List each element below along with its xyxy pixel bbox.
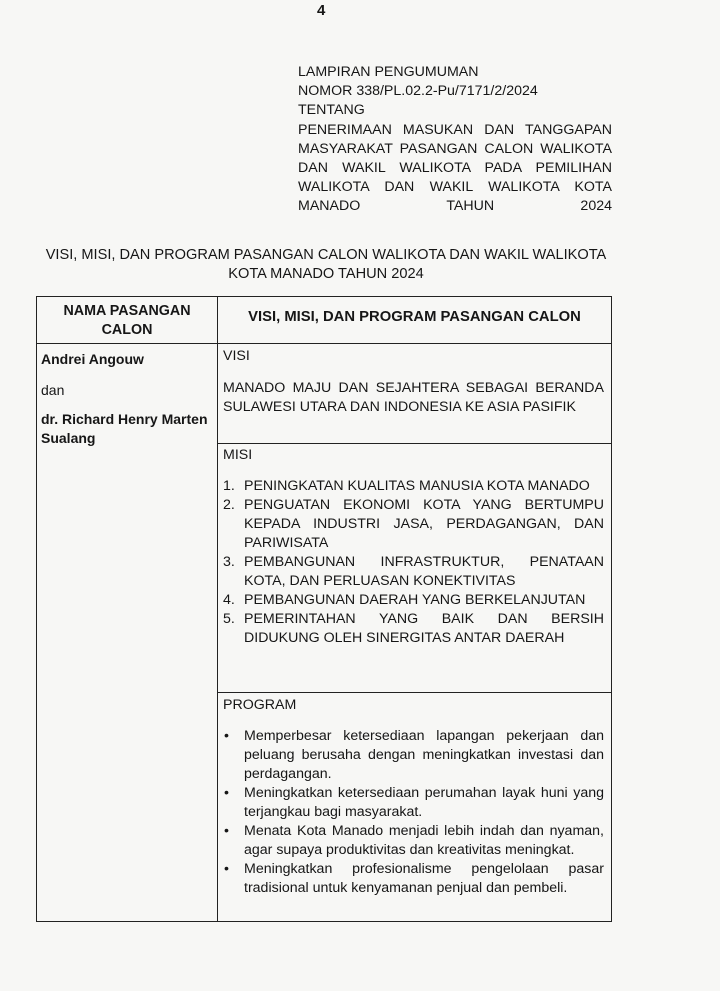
bullet-icon: •	[224, 727, 229, 746]
visi-section: VISI MANADO MAJU DAN SEJAHTERA SEBAGAI B…	[223, 347, 604, 417]
column-divider	[217, 297, 218, 921]
misi-item: 2.PENGUATAN EKONOMI KOTA YANG BERTUMPU K…	[223, 496, 604, 553]
misi-item: 3.PEMBANGUNAN INFRASTRUKTUR, PENATAAN KO…	[223, 553, 604, 591]
header-vision-mission: VISI, MISI, DAN PROGRAM PASANGAN CALON	[218, 309, 611, 325]
misi-item: 5.PEMERINTAHAN YANG BAIK DAN BERSIH DIDU…	[223, 610, 604, 648]
program-item: •Meningkatkan ketersediaan perumahan lay…	[223, 784, 604, 822]
program-item: •Memperbesar ketersediaan lapangan peker…	[223, 727, 604, 784]
misi-item: 4.PEMBANGUNAN DAERAH YANG BERKELANJUTAN	[223, 591, 604, 610]
bullet-icon: •	[224, 822, 229, 841]
attachment-title: LAMPIRAN PENGUMUMAN	[298, 63, 612, 82]
header-divider	[37, 343, 611, 344]
attachment-about-label: TENTANG	[298, 101, 612, 120]
candidate-mayor: Andrei Angouw	[41, 350, 213, 369]
candidate-conjunction: dan	[41, 381, 213, 400]
bullet-icon: •	[224, 784, 229, 803]
attachment-header: LAMPIRAN PENGUMUMAN NOMOR 338/PL.02.2-Pu…	[298, 63, 612, 217]
page-number: 4	[317, 2, 325, 19]
program-label: PROGRAM	[223, 696, 604, 715]
candidate-names: Andrei Angouw dan dr. Richard Henry Mart…	[41, 350, 213, 448]
misi-section: MISI 1.PENINGKATAN KUALITAS MANUSIA KOTA…	[223, 446, 604, 648]
candidate-table: NAMA PASANGAN CALON VISI, MISI, DAN PROG…	[36, 296, 612, 922]
visi-label: VISI	[223, 347, 604, 366]
misi-program-divider	[217, 692, 611, 693]
bullet-icon: •	[224, 860, 229, 879]
misi-list: 1.PENINGKATAN KUALITAS MANUSIA KOTA MANA…	[223, 477, 604, 648]
misi-item: 1.PENINGKATAN KUALITAS MANUSIA KOTA MANA…	[223, 477, 604, 496]
attachment-number: NOMOR 338/PL.02.2-Pu/7171/2/2024	[298, 82, 612, 101]
visi-text: MANADO MAJU DAN SEJAHTERA SEBAGAI BERAND…	[223, 379, 604, 417]
program-section: PROGRAM •Memperbesar ketersediaan lapang…	[223, 696, 604, 898]
program-list: •Memperbesar ketersediaan lapangan peker…	[223, 727, 604, 898]
program-item: •Menata Kota Manado menjadi lebih indah …	[223, 822, 604, 860]
document-title: VISI, MISI, DAN PROGRAM PASANGAN CALON W…	[40, 246, 612, 284]
header-candidate-name: NAMA PASANGAN CALON	[37, 302, 217, 340]
visi-misi-divider	[217, 443, 611, 444]
attachment-subject: PENERIMAAN MASUKAN DAN TANGGAPAN MASYARA…	[298, 121, 612, 217]
program-item: •Meningkatkan profesionalisme pengelolaa…	[223, 860, 604, 898]
candidate-vice-mayor: dr. Richard Henry Marten Sualang	[41, 410, 213, 448]
misi-label: MISI	[223, 446, 604, 465]
